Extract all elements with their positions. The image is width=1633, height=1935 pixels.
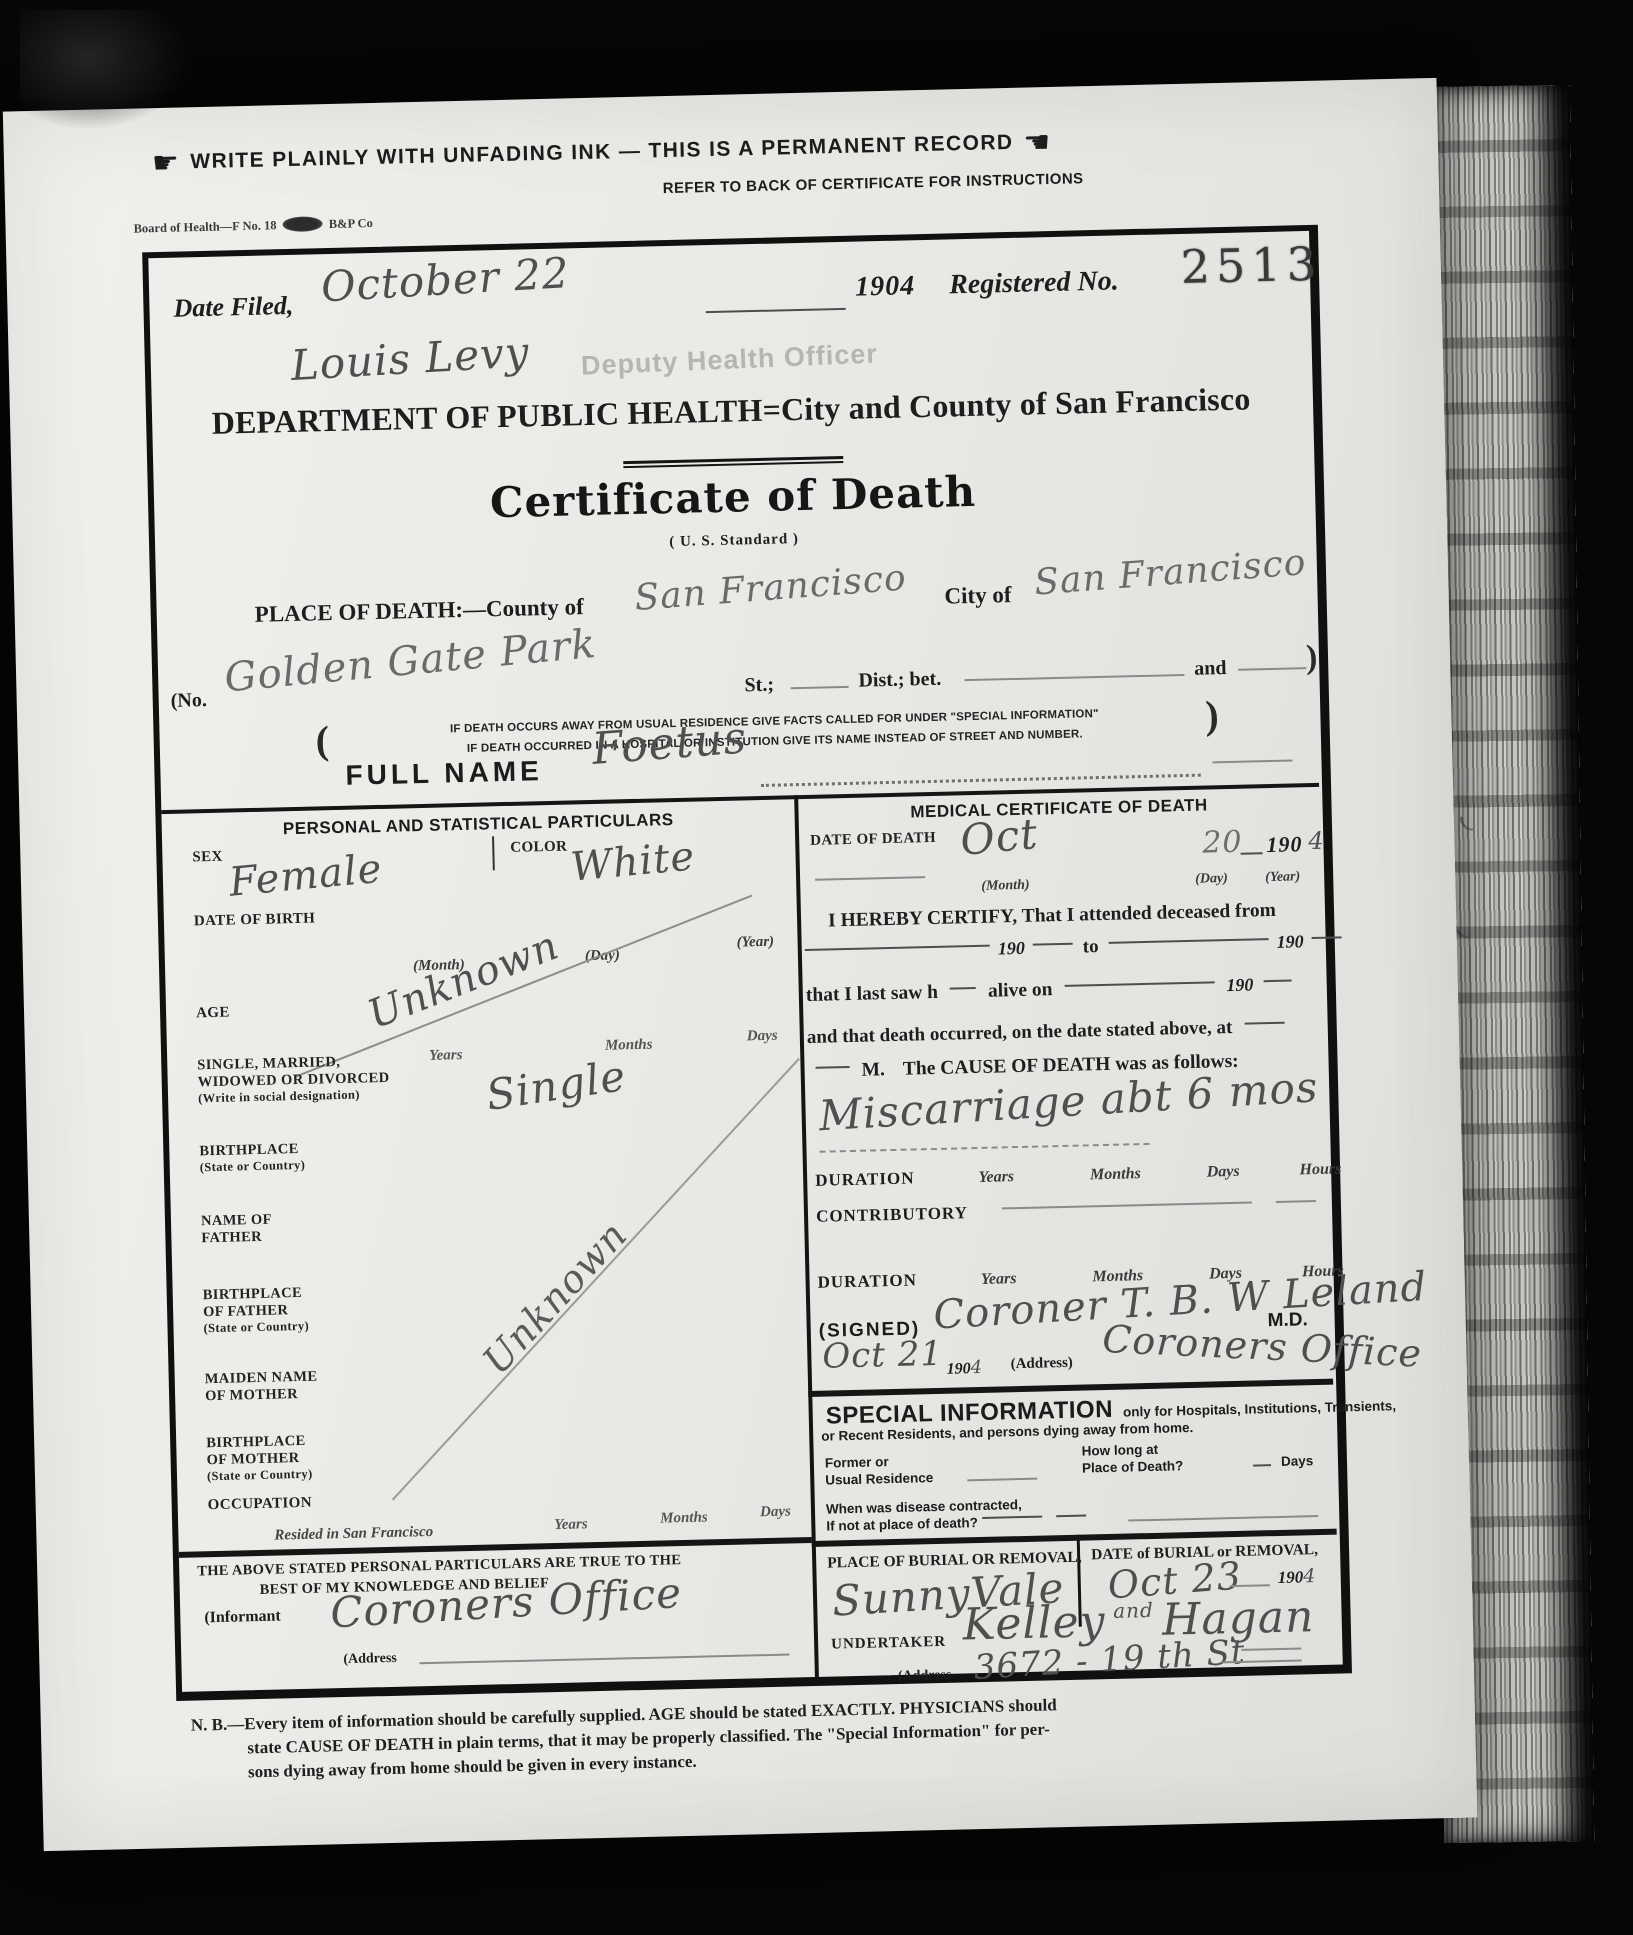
mother-birthplace-label-3: (State or Country) <box>207 1467 313 1484</box>
rule <box>1002 1202 1252 1212</box>
last-saw-190: 190 <box>1226 974 1253 995</box>
alive-on-text: alive on <box>988 979 1053 1002</box>
duration-row-1: DURATION Years Months Days Hours <box>815 1158 1342 1190</box>
form-number-line: Board of Health—F No. 18 B&P Co <box>133 215 373 237</box>
hand-left-icon: ☚ <box>1023 125 1052 161</box>
place-city-label: City of <box>944 582 1012 610</box>
rule <box>1241 1647 1301 1652</box>
date-of-death-year-printed: 190 <box>1266 831 1303 858</box>
place-of-death-label: PLACE OF DEATH:—County of <box>254 594 584 628</box>
date-of-death-month-value: Oct <box>958 809 1040 865</box>
parents-unknown: Unknown <box>474 1213 636 1383</box>
informant-label: (Informant <box>204 1608 281 1628</box>
father-name-label-1: NAME OF <box>201 1212 272 1231</box>
special-info-subtitle: only for Hospitals, Institutions, Transi… <box>1123 1398 1396 1419</box>
date-filed-year: 1904 <box>855 270 916 303</box>
father-name-label-2: FATHER <box>201 1229 272 1248</box>
color-label: COLOR <box>510 839 567 857</box>
contributory-row: CONTRIBUTORY <box>816 1195 1316 1227</box>
no-value: Golden Gate Park <box>223 621 599 702</box>
color-value: White <box>569 833 697 890</box>
death-occurred-row: and that death occurred, on the date sta… <box>807 1016 1285 1049</box>
father-name-label: NAME OF FATHER <box>201 1212 273 1248</box>
rule <box>1128 1515 1318 1523</box>
how-long-days-label: Days <box>1281 1453 1314 1469</box>
rule <box>1276 1200 1316 1205</box>
rule <box>419 1654 789 1667</box>
age-years-hint: Years <box>429 1047 463 1065</box>
contributory-label: CONTRIBUTORY <box>816 1203 968 1226</box>
duration-years-2: Years <box>981 1270 1017 1288</box>
birthplace-label-2: (State or Country) <box>200 1158 306 1175</box>
rule <box>815 876 925 883</box>
clerk-stamp: Deputy Health Officer <box>580 339 878 382</box>
oval-stamp-icon <box>282 216 322 232</box>
date-filed-value: October 22 <box>320 248 571 311</box>
sex-label: SEX <box>192 849 223 867</box>
certify-dates-row: 190 to 190 <box>805 930 1342 965</box>
age-days-hint: Days <box>747 1028 778 1046</box>
medical-header: MEDICAL CERTIFICATE OF DEATH <box>798 793 1319 825</box>
date-filed-label: Date Filed, <box>173 291 294 324</box>
duration-hours-1: Hours <box>1299 1160 1341 1178</box>
date-of-death-month-hint: (Month) <box>981 878 1030 895</box>
undertaker-address-label: (Address <box>898 1668 952 1685</box>
st-label: St.; <box>744 674 774 698</box>
footer-note: N. B.—Every item of information should b… <box>191 1690 1202 1786</box>
rule <box>1222 1659 1302 1665</box>
registered-no-value: 2513 <box>1180 237 1322 294</box>
marital-label: SINGLE, MARRIED, WIDOWED OR DIVORCED (Wr… <box>197 1053 390 1107</box>
signed-year: 1904 <box>946 1357 983 1379</box>
date-of-death-year-hint: (Year) <box>1265 869 1300 886</box>
date-of-death-year-hand: 4 <box>1308 827 1325 855</box>
rule <box>1109 938 1269 946</box>
resided-months-hint: Months <box>660 1509 708 1527</box>
clerk-signature: Louis Levy <box>290 327 531 390</box>
certify-190-a: 190 <box>998 938 1025 959</box>
date-of-death-day-hint: (Day) <box>1195 871 1228 888</box>
age-label: AGE <box>196 1005 230 1023</box>
duration-years-1: Years <box>978 1168 1014 1186</box>
date-of-death-label: DATE OF DEATH <box>810 830 936 850</box>
former-residence-label-2: Usual Residence <box>825 1469 933 1489</box>
mother-birthplace-label: BIRTHPLACE OF MOTHER (State or Country) <box>206 1433 313 1484</box>
scan-artifact <box>20 10 190 130</box>
paren-close: ) <box>1205 691 1219 738</box>
father-birthplace-label: BIRTHPLACE OF FATHER (State or Country) <box>203 1285 310 1336</box>
rule <box>1241 852 1263 857</box>
place-county-value: San Francisco <box>633 557 908 619</box>
rule <box>1056 1515 1086 1520</box>
full-name-value: Foetus <box>590 712 749 775</box>
rule <box>982 1516 1042 1521</box>
form-number-left: Board of Health—F No. 18 <box>133 218 276 235</box>
paren-close-outer: ) <box>1306 639 1318 677</box>
resided-days-hint: Days <box>760 1503 791 1521</box>
informant-address-label: (Address <box>343 1651 397 1668</box>
duration-label-2: DURATION <box>817 1270 917 1291</box>
mother-name-label-1: MAIDEN NAME <box>205 1369 318 1389</box>
strike-line <box>294 895 752 1078</box>
rule <box>820 1143 1150 1155</box>
dob-year-hint: (Year) <box>736 934 774 952</box>
certify-to: to <box>1083 936 1099 957</box>
m-label: M. <box>861 1059 885 1081</box>
disease-contracted-label: When was disease contracted, If not at p… <box>826 1495 1086 1535</box>
signed-year-printed: 190 <box>947 1360 971 1378</box>
dob-label: DATE OF BIRTH <box>194 911 316 931</box>
rule <box>1033 943 1073 948</box>
divider <box>492 836 495 870</box>
rule <box>761 774 1201 787</box>
certify-190-b: 190 <box>1276 931 1303 952</box>
last-saw-row: that I last saw h alive on 190 <box>806 974 1292 1007</box>
scanned-register-page: ☛WRITE PLAINLY WITH UNFADING INK — THIS … <box>0 0 1633 1935</box>
former-residence-label: Former or Usual Residence <box>825 1452 934 1489</box>
rule <box>1263 980 1291 985</box>
resided-label: Resided in San Francisco <box>274 1524 433 1545</box>
burial-year-hand: 4 <box>1303 1565 1317 1587</box>
signed-date-value: Oct 21 <box>822 1334 944 1377</box>
last-saw-text: that I last saw h <box>806 982 939 1006</box>
rule <box>1064 981 1214 989</box>
rule <box>706 308 846 315</box>
rule <box>1253 1464 1271 1468</box>
and-label: and <box>1194 657 1227 681</box>
refer-note: REFER TO BACK OF CERTIFICATE FOR INSTRUC… <box>663 170 1084 197</box>
form-number-right: B&P Co <box>329 216 373 231</box>
rule <box>967 1478 1037 1484</box>
banner-text: WRITE PLAINLY WITH UNFADING INK — THIS I… <box>190 131 1014 173</box>
scan-artifact <box>1460 816 1473 830</box>
duration-months-1: Months <box>1090 1165 1141 1183</box>
resided-years-hint: Years <box>554 1516 588 1534</box>
place-city-value: San Francisco <box>1033 542 1308 604</box>
marital-label-3: (Write in social designation) <box>198 1087 390 1107</box>
dist-label: Dist.; bet. <box>858 668 941 693</box>
marital-value: Single <box>483 1051 629 1120</box>
death-occurred-text: and that death occurred, on the date sta… <box>807 1017 1233 1048</box>
rule <box>1230 1584 1270 1589</box>
registered-no-label: Registered No. <box>949 265 1119 301</box>
personal-header: PERSONAL AND STATISTICAL PARTICULARS <box>162 807 795 842</box>
rule <box>1212 759 1292 765</box>
burial-year-printed: 190 <box>1277 1567 1303 1587</box>
paren-open: ( <box>315 716 329 763</box>
banner-line: ☛WRITE PLAINLY WITH UNFADING INK — THIS … <box>152 125 1052 181</box>
duration-label-1: DURATION <box>815 1168 915 1189</box>
rule <box>950 987 976 992</box>
duration-days-1: Days <box>1207 1163 1240 1181</box>
father-birthplace-label-1: BIRTHPLACE <box>203 1285 309 1304</box>
rule <box>805 945 990 953</box>
rule <box>1244 1022 1284 1027</box>
rule <box>791 686 849 691</box>
rule <box>816 1066 850 1071</box>
rule <box>1238 667 1306 673</box>
how-long-label-2: Place of Death? <box>1082 1457 1184 1476</box>
signed-address-value: Coroners Office <box>1101 1317 1423 1376</box>
undertaker-label: UNDERTAKER <box>831 1634 946 1654</box>
hand-right-icon: ☛ <box>152 145 181 181</box>
rule <box>1311 936 1341 941</box>
occupation-label: OCCUPATION <box>208 1495 313 1514</box>
rule <box>964 674 1184 683</box>
birthplace-label: BIRTHPLACE (State or Country) <box>199 1141 305 1175</box>
how-long-label: How long at Place of Death? <box>1081 1440 1183 1476</box>
disease-contracted-text: If not at place of death? <box>826 1515 978 1534</box>
mother-name-label-2: OF MOTHER <box>205 1386 318 1406</box>
undertaker-and: and <box>1113 1598 1154 1623</box>
signed-year-hand: 4 <box>970 1357 983 1378</box>
signed-address-label: (Address) <box>1010 1355 1073 1373</box>
department-title: DEPARTMENT OF PUBLIC HEALTH=City and Cou… <box>152 379 1311 443</box>
no-label: (No. <box>170 689 207 713</box>
mother-name-label: MAIDEN NAME OF MOTHER <box>205 1369 319 1406</box>
certificate-paper: ☛WRITE PLAINLY WITH UNFADING INK — THIS … <box>3 78 1478 1851</box>
sex-value: Female <box>227 846 384 906</box>
father-birthplace-label-3: (State or Country) <box>203 1319 309 1336</box>
date-of-death-day-value: 20 <box>1202 825 1243 861</box>
full-name-label: FULL NAME <box>345 755 543 792</box>
burial-date-year: 1904 <box>1277 1565 1316 1588</box>
certify-text: I HEREBY CERTIFY, That I attended deceas… <box>828 900 1276 933</box>
certificate-form-box: Date Filed, October 22 1904 Registered N… <box>142 225 1352 1701</box>
